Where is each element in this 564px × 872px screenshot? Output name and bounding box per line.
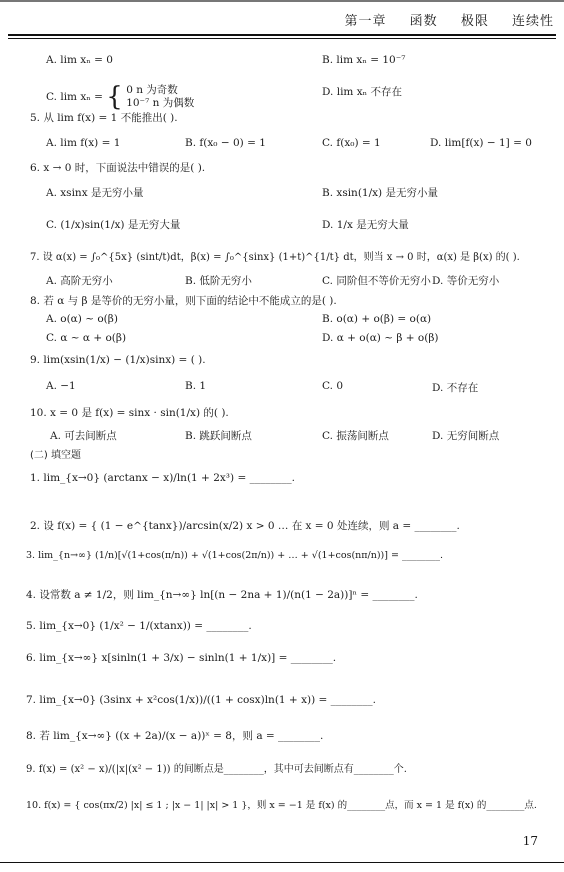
fill-q8: 8. 若 lim_{x→∞} ((x + 2a)/(x − a))ˣ = 8，则…: [26, 728, 323, 743]
q9-option-b: B. 1: [185, 380, 206, 392]
q7-option-a: A. 高阶无穷小: [46, 273, 113, 288]
q6-option-c: C. (1/x)sin(1/x) 是无穷大量: [46, 217, 180, 232]
fill-q2: 2. 设 f(x) = { (1 − e^{tanx})/arcsin(x/2)…: [30, 518, 460, 533]
q10-option-b: B. 跳跃间断点: [185, 428, 252, 443]
q9-option-a: A. −1: [46, 380, 76, 392]
q4-option-c: C. lim xₙ = { 0 n 为奇数 10⁻⁷ n 为偶数: [46, 84, 194, 110]
top-border: [0, 0, 564, 2]
footer-rule: [0, 862, 564, 863]
fill-q3: 3. lim_{n→∞} (1/n)[√(1+cos(π/n)) + √(1+c…: [26, 550, 443, 561]
q9-option-d: D. 不存在: [432, 380, 478, 395]
fill-q6: 6. lim_{x→∞} x[sinln(1 + 3/x) − sinln(1 …: [26, 652, 336, 664]
header-rule-thin: [8, 38, 556, 39]
q5-option-c: C. f(x₀) = 1: [322, 137, 381, 149]
q4-piecewise: 0 n 为奇数 10⁻⁷ n 为偶数: [126, 84, 194, 110]
header-rule: [8, 34, 556, 36]
q6-option-d: D. 1/x 是无穷大量: [322, 217, 409, 232]
q10-option-d: D. 无穷间断点: [432, 428, 499, 443]
topic-continuity: 连续性: [512, 14, 554, 29]
q4-case-even: 10⁻⁷ n 为偶数: [126, 97, 194, 110]
topic-functions: 函数: [410, 14, 438, 29]
q7-stem: 7. 设 α(x) = ∫₀^{5x} (sint/t)dt，β(x) = ∫₀…: [30, 248, 520, 263]
fill-q5: 5. lim_{x→0} (1/x² − 1/(xtanx)) = ______…: [26, 620, 252, 632]
q10-stem: 10. x = 0 是 f(x) = sinx · sin(1/x) 的( ).: [30, 405, 229, 420]
q10-option-a: A. 可去间断点: [50, 428, 117, 443]
q5-stem: 5. 从 lim f(x) = 1 不能推出( ).: [30, 110, 178, 125]
brace-symbol: {: [106, 82, 123, 112]
q10-option-c: C. 振荡间断点: [322, 428, 389, 443]
topic-limits: 极限: [461, 14, 489, 29]
q5-option-b: B. f(x₀ − 0) = 1: [185, 137, 266, 149]
page-number: 17: [523, 834, 538, 848]
section-fill-in-title: (二) 填空题: [30, 446, 81, 461]
q6-stem: 6. x → 0 时，下面说法中错误的是( ).: [30, 160, 205, 175]
q4-case-odd: 0 n 为奇数: [126, 84, 194, 97]
fill-q7: 7. lim_{x→0} (3sinx + x²cos(1/x))/((1 + …: [26, 694, 376, 706]
q4-option-b: B. lim xₙ = 10⁻⁷: [322, 54, 405, 66]
q4-option-a: A. lim xₙ = 0: [46, 54, 113, 66]
q8-option-c: C. α ~ α + o(β): [46, 332, 126, 344]
q4-option-d: D. lim xₙ 不存在: [322, 84, 402, 99]
fill-q4: 4. 设常数 a ≠ 1/2，则 lim_{n→∞} ln[(n − 2na +…: [26, 587, 418, 602]
q4-option-c-prefix: C. lim xₙ =: [46, 91, 103, 103]
q6-option-b: B. xsin(1/x) 是无穷小量: [322, 185, 438, 200]
q7-option-b: B. 低阶无穷小: [185, 273, 252, 288]
q5-option-a: A. lim f(x) = 1: [46, 137, 120, 149]
q6-option-a: A. xsinx 是无穷小量: [46, 185, 143, 200]
q8-stem: 8. 若 α 与 β 是等价的无穷小量，则下面的结论中不能成立的是( ).: [30, 293, 337, 308]
running-header: 第一章 函数 极限 连续性: [327, 10, 554, 29]
q9-stem: 9. lim(xsin(1/x) − (1/x)sinx) = ( ).: [30, 354, 206, 366]
q8-option-a: A. o(α) ~ o(β): [46, 313, 118, 325]
fill-q10: 10. f(x) = { cos(πx/2) |x| ≤ 1 ; |x − 1|…: [26, 797, 537, 811]
fill-q1: 1. lim_{x→0} (arctanx − x)/ln(1 + 2x³) =…: [30, 472, 295, 484]
q8-option-b: B. o(α) + o(β) = o(α): [322, 313, 431, 325]
q5-option-d: D. lim[f(x) − 1] = 0: [430, 137, 532, 149]
q8-option-d: D. α + o(α) ~ β + o(β): [322, 332, 439, 344]
fill-q9: 9. f(x) = (x² − x)/(|x|(x² − 1)) 的间断点是__…: [26, 760, 407, 775]
chapter-label: 第一章: [345, 14, 387, 29]
q7-option-c: C. 同阶但不等价无穷小: [322, 273, 431, 288]
q9-option-c: C. 0: [322, 380, 343, 392]
q7-option-d: D. 等价无穷小: [432, 273, 499, 288]
